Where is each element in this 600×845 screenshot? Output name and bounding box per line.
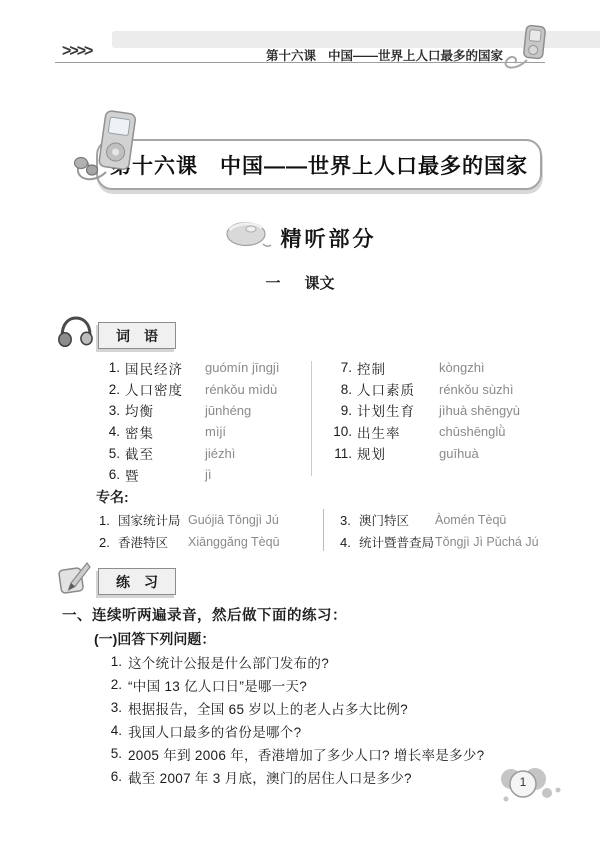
- chevron-arrows-icon: >>>>: [62, 43, 91, 62]
- proper-pinyin: Àomén Tèqū: [435, 513, 506, 527]
- question-item: 6.截至 2007 年 3 月底，澳门的居住人口是多少?: [102, 765, 562, 788]
- vocab-pinyin: jūnhéng: [205, 403, 251, 418]
- question-text: 2005 年到 2006 年，香港增加了多少人口? 增长率是多少?: [128, 744, 484, 764]
- proper-names-label: 专名:: [96, 487, 129, 507]
- question-text: 我国人口最多的省份是哪个?: [128, 721, 301, 741]
- vocab-list-left: 1.国民经济guómín jīngjì 2.人口密度rénkǒu mìdù 3.…: [96, 357, 310, 485]
- vocab-label-text: 词 语: [116, 326, 158, 346]
- vocab-word: 均衡: [125, 400, 205, 420]
- vocab-number: 3.: [96, 403, 120, 418]
- vocab-number: 5.: [96, 446, 120, 461]
- vocab-item: 11.规划guīhuà: [326, 443, 548, 464]
- header-lesson-number: 第十六课: [266, 49, 316, 63]
- question-number: 6.: [102, 769, 122, 784]
- vocab-section-label: 词 语: [98, 322, 176, 349]
- vocab-list-right: 7.控制kòngzhì 8.人口素质rénkǒu sùzhì 9.计划生育jìh…: [326, 357, 548, 464]
- headphones-icon: [56, 315, 96, 354]
- vocab-word: 暨: [125, 465, 205, 485]
- question-item: 2.“中国 13 亿人口日”是哪一天?: [102, 673, 562, 696]
- vocab-item: 6.暨jì: [96, 464, 310, 485]
- question-item: 1.这个统计公报是什么部门发布的?: [102, 650, 562, 673]
- exercise-sub-instruction: (一)回答下列问题：: [94, 629, 215, 649]
- vocab-word: 人口密度: [125, 379, 205, 399]
- page-number: 1: [510, 775, 536, 789]
- vocab-item: 5.截至jiézhì: [96, 443, 310, 464]
- question-item: 3.根据报告，全国 65 岁以上的老人占多大比例?: [102, 696, 562, 719]
- vocab-number: 9.: [326, 403, 352, 418]
- header-lesson-title: 中国——世界上人口最多的国家: [328, 49, 503, 63]
- question-item: 4.我国人口最多的省份是哪个?: [102, 719, 562, 742]
- proper-number: 1.: [99, 513, 115, 528]
- section-number: 一: [265, 275, 280, 292]
- question-number: 4.: [102, 723, 122, 738]
- vocab-column-divider: [311, 361, 312, 476]
- vocab-item: 3.均衡jūnhéng: [96, 400, 310, 421]
- proper-number: 4.: [340, 535, 356, 550]
- vocab-pinyin: rénkǒu sùzhì: [439, 382, 513, 397]
- exercise-section-label: 练 习: [98, 568, 176, 595]
- vocab-pinyin: jì: [205, 467, 212, 482]
- vocab-item: 1.国民经济guómín jīngjì: [96, 357, 310, 378]
- question-number: 1.: [102, 654, 122, 669]
- vocab-word: 出生率: [357, 422, 439, 442]
- proper-name-item: 2.香港特区Xiānggǎng Tèqū: [99, 531, 315, 553]
- proper-name-item: 1.国家统计局Guójiā Tǒngjì Jú: [99, 509, 315, 531]
- vocab-pinyin: guīhuà: [439, 446, 479, 461]
- vocab-number: 10.: [326, 424, 352, 439]
- vocab-pinyin: mìjí: [205, 424, 226, 439]
- question-text: “中国 13 亿人口日”是哪一天?: [128, 675, 307, 695]
- exercise-instruction: 一、连续听两遍录音，然后做下面的练习：: [62, 604, 347, 625]
- mp3-player-earbuds-icon: [68, 108, 142, 195]
- question-text: 这个统计公报是什么部门发布的?: [128, 652, 329, 672]
- exercise-label-text: 练 习: [116, 572, 158, 592]
- cd-player-icon: [224, 218, 272, 257]
- vocab-item: 2.人口密度rénkǒu mìdù: [96, 378, 310, 399]
- vocab-item: 9.计划生育jìhuà shēngyù: [326, 400, 548, 421]
- textbook-page: >>>> 第十六课中国——世界上人口最多的国家 第十六课 中国——世界上人口最多…: [0, 0, 600, 845]
- lesson-title-box: 第十六课 中国——世界上人口最多的国家: [96, 139, 542, 190]
- lesson-title-text: 第十六课 中国——世界上人口最多的国家: [110, 150, 528, 180]
- header-rule: [55, 62, 545, 63]
- question-number: 5.: [102, 746, 122, 761]
- vocab-item: 7.控制kòngzhì: [326, 357, 548, 378]
- proper-word: 香港特区: [118, 533, 188, 551]
- vocab-word: 规划: [357, 443, 439, 463]
- vocab-item: 8.人口素质rénkǒu sùzhì: [326, 378, 548, 399]
- vocab-word: 计划生育: [357, 400, 439, 420]
- notepad-pencil-icon: [56, 560, 96, 603]
- vocab-pinyin: kòngzhì: [439, 360, 485, 375]
- vocab-number: 8.: [326, 382, 352, 397]
- vocab-word: 截至: [125, 443, 205, 463]
- question-text: 截至 2007 年 3 月底，澳门的居住人口是多少?: [128, 767, 412, 787]
- proper-names-right: 3.澳门特区Àomén Tèqū 4.统计暨普查局Tǒngjì Jì Pǔchá…: [340, 509, 555, 553]
- vocab-pinyin: jìhuà shēngyù: [439, 403, 520, 418]
- proper-name-item: 3.澳门特区Àomén Tèqū: [340, 509, 555, 531]
- vocab-number: 11.: [326, 446, 352, 461]
- vocab-number: 2.: [96, 382, 120, 397]
- mp3-player-small-icon: [499, 22, 553, 81]
- proper-word: 统计暨普查局: [359, 533, 435, 551]
- question-list: 1.这个统计公报是什么部门发布的? 2.“中国 13 亿人口日”是哪一天? 3.…: [102, 650, 562, 788]
- vocab-pinyin: guómín jīngjì: [205, 360, 279, 375]
- vocab-pinyin: chūshēnglǜ: [439, 424, 506, 439]
- vocab-number: 6.: [96, 467, 120, 482]
- vocab-word: 控制: [357, 358, 439, 378]
- proper-pinyin: Tǒngjì Jì Pǔchá Jú: [435, 535, 539, 549]
- vocab-number: 7.: [326, 360, 352, 375]
- question-number: 2.: [102, 677, 122, 692]
- question-text: 根据报告，全国 65 岁以上的老人占多大比例?: [128, 698, 408, 718]
- vocab-number: 4.: [96, 424, 120, 439]
- section-title: 课文: [305, 275, 335, 292]
- proper-names-left: 1.国家统计局Guójiā Tǒngjì Jú 2.香港特区Xiānggǎng …: [99, 509, 315, 553]
- vocab-word: 密集: [125, 422, 205, 442]
- vocab-number: 1.: [96, 360, 120, 375]
- proper-number: 3.: [340, 513, 356, 528]
- proper-word: 国家统计局: [118, 511, 188, 529]
- text-section-heading: 一课文: [0, 272, 600, 293]
- proper-pinyin: Guójiā Tǒngjì Jú: [188, 513, 279, 527]
- proper-number: 2.: [99, 535, 115, 550]
- proper-name-item: 4.统计暨普查局Tǒngjì Jì Pǔchá Jú: [340, 531, 555, 553]
- vocab-pinyin: rénkǒu mìdù: [205, 382, 277, 397]
- vocab-word: 人口素质: [357, 379, 439, 399]
- question-number: 3.: [102, 700, 122, 715]
- listening-heading-text: 精听部分: [281, 223, 377, 253]
- vocab-item: 10.出生率chūshēnglǜ: [326, 421, 548, 442]
- page-number-bubble: 1: [494, 767, 566, 815]
- vocab-item: 4.密集mìjí: [96, 421, 310, 442]
- vocab-pinyin: jiézhì: [205, 446, 235, 461]
- proper-word: 澳门特区: [359, 511, 435, 529]
- proper-names-divider: [323, 509, 324, 551]
- vocab-word: 国民经济: [125, 358, 205, 378]
- question-item: 5.2005 年到 2006 年，香港增加了多少人口? 增长率是多少?: [102, 742, 562, 765]
- listening-section-heading: 精听部分: [0, 218, 600, 257]
- proper-pinyin: Xiānggǎng Tèqū: [188, 535, 280, 549]
